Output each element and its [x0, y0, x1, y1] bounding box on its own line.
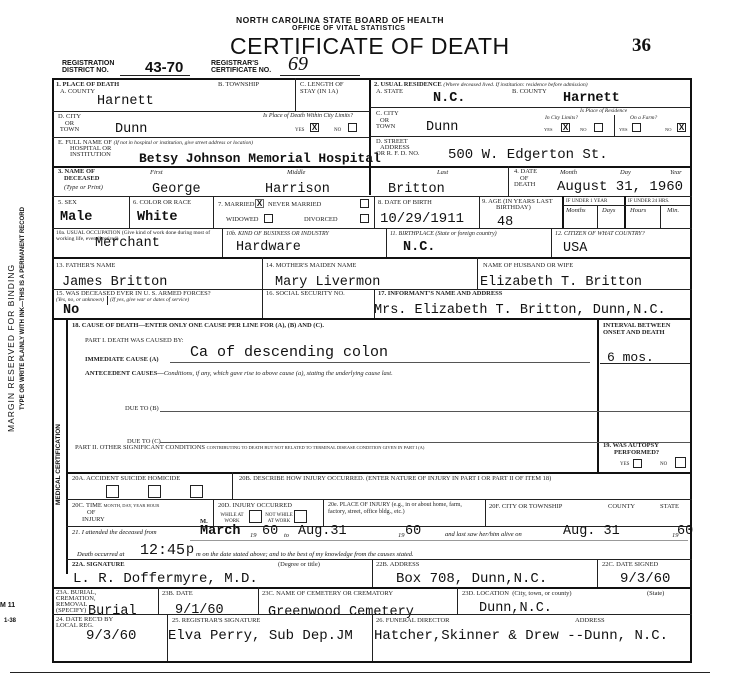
to-year-value: 60 [405, 524, 421, 539]
street-label: d. STREET ADDRESS or R. F. D. NO. [376, 139, 420, 157]
death-county-value: Harnett [97, 94, 154, 109]
section-divider [52, 318, 692, 320]
part1-label: PART I. DEATH WAS CAUSED BY: [85, 337, 184, 344]
divider [372, 559, 373, 587]
first-name-value: George [152, 182, 201, 197]
citizen-label: 12. CITIZEN OF WHAT COUNTRY? [555, 231, 645, 238]
interval-underline [600, 363, 690, 364]
death-city-value: Dunn [115, 122, 147, 137]
while-at-work-checkbox[interactable] [249, 510, 262, 523]
never-married-checkbox[interactable] [360, 199, 369, 208]
frame-bottom [52, 661, 692, 663]
on-farm-label: On a Farm? [630, 115, 657, 122]
section-divider [52, 166, 692, 168]
antecedent-note: Conditions, if any, which gave rise to a… [164, 370, 393, 377]
margin-binding-text: MARGIN RESERVED FOR BINDING [6, 264, 16, 432]
death-city-label: d. CITY OR TOWN [58, 114, 81, 134]
armed-forces-label: 15. WAS DECEASED EVER IN U. S. ARMED FOR… [56, 290, 211, 297]
page-number: 36 [632, 35, 651, 57]
birthplace-value: N.C. [403, 240, 435, 255]
medical-side-rule [66, 318, 68, 574]
death-occurred-label: Death occurred at [77, 551, 124, 558]
divider [551, 228, 552, 257]
min-label: Min. [667, 207, 679, 214]
under-24hr-label: IF UNDER 24 HRS. [628, 199, 669, 205]
age-label: 9. AGE (In years last birthday) [482, 199, 553, 211]
accident-checkbox[interactable] [106, 485, 119, 498]
farm-yes-label: YES [619, 126, 628, 133]
mother-label: 14. MOTHER'S MAIDEN NAME [266, 262, 356, 269]
form-revision: 1-38 [4, 618, 16, 624]
immediate-underline [170, 362, 590, 363]
days-label: Days [602, 207, 615, 214]
date-of-death-label: 4. DATE OF DEATH [514, 169, 537, 189]
within-limits-no-checkbox[interactable] [348, 123, 357, 132]
funeral-director-value: Hatcher,Skinner & Drew --Dunn, N.C. [374, 628, 668, 644]
res-state-label: a. STATE [376, 88, 403, 95]
res-county-label: b. COUNTY [512, 88, 547, 95]
section-divider [66, 472, 692, 474]
attended-from-value: March [200, 524, 241, 539]
reg-cert-underline [280, 75, 360, 76]
row-divider [66, 499, 692, 500]
divider [457, 587, 458, 614]
reg-district-label-2: DISTRICT NO. [62, 67, 114, 74]
signature-label: 22a. SIGNATURE [72, 561, 125, 568]
res-state-value: N.C. [433, 91, 465, 106]
row-divider [52, 111, 370, 112]
not-while-work-label: NOT WHILE AT WORK [264, 513, 294, 524]
accident-label: 20a. ACCIDENT SUICIDE HOMICIDE [72, 475, 180, 482]
homicide-checkbox[interactable] [190, 485, 203, 498]
autopsy-yes-label: YES [620, 462, 629, 468]
divider [624, 196, 626, 228]
divider [597, 559, 598, 587]
registration-district-no: 43-70 [145, 59, 183, 76]
antecedent-label: ANTECEDENT CAUSES—Conditions, if any, wh… [85, 370, 393, 377]
first-label: First [150, 169, 163, 176]
immediate-cause-value: Ca of descending colon [190, 344, 388, 361]
divider [213, 499, 214, 526]
residence-label: 2. USUAL RESIDENCE (Where deceased lived… [374, 81, 588, 89]
dob-value: 10/29/1911 [380, 211, 464, 227]
antecedent-label-text: ANTECEDENT CAUSES— [85, 370, 164, 377]
widowed-label: WIDOWED [226, 216, 259, 223]
divorced-label: DIVORCED [304, 216, 338, 223]
last-label: Last [437, 169, 448, 176]
time-label-1: 20c. TIME [72, 502, 102, 509]
hospital-value: Betsy Johnson Memorial Hospital [139, 151, 381, 166]
page-bottom-rule [10, 672, 710, 673]
divorced-checkbox[interactable] [360, 214, 369, 223]
form-number: M 11 [0, 602, 15, 609]
row-divider [52, 196, 692, 197]
sex-label: 5. SEX [58, 199, 77, 206]
in-limits-yes-checkbox[interactable]: X [561, 123, 570, 132]
funeral-director-label: 26. FUNERAL DIRECTOR [376, 617, 450, 624]
burial-date-value: 9/1/60 [175, 603, 224, 618]
farm-no-checkbox[interactable]: X [677, 123, 686, 132]
to-label: to [284, 532, 289, 539]
injury-state-label: STATE [660, 503, 679, 510]
cemetery-label: 23c. NAME OF CEMETERY OR CREMATORY [262, 590, 393, 597]
spouse-value: Elizabeth T. Britton [480, 275, 642, 290]
reg-district-label-1: REGISTRATION [62, 60, 114, 67]
within-limits-label: Is Place of Death Within City Limits? [263, 113, 368, 120]
within-yes-label: YES [295, 127, 304, 134]
residence-label-text: 2. USUAL RESIDENCE [374, 81, 442, 88]
interval-label-2: ONSET AND DEATH [603, 329, 670, 336]
street-value: 500 W. Edgerton St. [448, 147, 608, 163]
res-county-value: Harnett [563, 91, 620, 106]
from-year-prefix: 19 [250, 532, 257, 539]
name-label-2: DECEASED [58, 176, 103, 183]
autopsy-yes-checkbox[interactable] [633, 459, 642, 468]
divider [213, 196, 214, 228]
divider [222, 228, 223, 257]
father-value: James Britton [62, 275, 167, 290]
divider [232, 472, 233, 499]
widowed-checkbox[interactable] [264, 214, 273, 223]
sex-value: Male [60, 210, 92, 225]
reg-district-underline [120, 75, 190, 76]
physician-address-label: 22b. ADDRESS [376, 561, 419, 568]
time-label-2: OF [72, 509, 159, 516]
from-year-value: 60 [262, 524, 278, 539]
interval-divider [597, 318, 599, 473]
divider [386, 228, 387, 257]
time-cols-label: MONTH, DAY, YEAR HOUR [103, 503, 159, 508]
reg-cert-label-2: CERTIFICATE NO. [211, 67, 271, 74]
not-while-at-work-checkbox[interactable] [294, 510, 307, 523]
row-divider [66, 559, 692, 560]
res-city-label-3: TOWN [376, 124, 399, 131]
month-label: Month [560, 169, 577, 176]
under-1yr-label: IF UNDER 1 YEAR [566, 199, 607, 205]
divider [563, 205, 690, 206]
last-saw-label: and last saw her/him alive on [445, 531, 522, 538]
armed-forces-value: No [63, 303, 79, 318]
cause-label: 18. CAUSE OF DEATH—ENTER ONLY ONE CAUSE … [72, 322, 324, 329]
attended-label: 21. I attended the deceased from [72, 529, 157, 536]
within-limits-yes-checkbox[interactable]: X [310, 123, 319, 132]
date-signed-label: 22c. DATE SIGNED [602, 561, 658, 568]
while-work-label: WHILE AT WORK [218, 513, 246, 524]
part2-label: PART II. OTHER SIGNIFICANT CONDITIONS CO… [75, 444, 424, 451]
part2-note: CONTRIBUTING TO DEATH BUT NOT RELATED TO… [207, 445, 425, 450]
middle-label: Middle [287, 169, 305, 176]
race-value: White [137, 210, 178, 225]
injury-occurred-label: 20d. INJURY OCCURRED [218, 502, 292, 509]
last-name-value: Britton [388, 182, 445, 197]
divider [477, 257, 478, 289]
place-of-death-label: 1. PLACE OF DEATH [56, 81, 119, 88]
divider-date-of-death [508, 166, 509, 196]
divider [323, 499, 324, 526]
divider-township-stay [295, 78, 296, 112]
place-of-injury-label: 20e. PLACE OF INJURY (e.g., in or about … [328, 502, 478, 515]
year-label: Year [670, 169, 682, 176]
name-label-3: (Type or Print) [58, 185, 103, 192]
describe-injury-text: 20b. DESCRIBE HOW INJURY OCCURRED. (Ente… [239, 475, 551, 482]
divider [372, 614, 373, 661]
divider [129, 196, 130, 228]
burial-state-label: (State) [647, 590, 664, 597]
immediate-cause-label: IMMEDIATE CAUSE (a) [85, 356, 159, 363]
attendance-underline [190, 540, 688, 541]
divider [479, 196, 480, 228]
agency-heading: NORTH CAROLINA STATE BOARD OF HEALTH [236, 15, 444, 25]
in-limits-yes-label: YES [544, 126, 553, 133]
street-label-3: or R. F. D. NO. [376, 151, 420, 157]
divider [158, 587, 159, 614]
in-limits-no-checkbox[interactable] [594, 123, 603, 132]
father-label: 13. FATHER'S NAME [56, 262, 115, 269]
divider [262, 257, 263, 289]
res-city-label: c. CITY OR TOWN [376, 111, 399, 131]
margin-instruction-text: TYPE OR WRITE PLAINLY WITH INK—THIS IS A… [20, 207, 26, 410]
location-label-text: 23d. LOCATION [462, 590, 509, 597]
occupation-value: Merchant [95, 236, 160, 251]
divider [374, 196, 375, 228]
registrar-cert-label: REGISTRAR'S CERTIFICATE NO. [211, 60, 271, 74]
last-saw-year-value: 60 [677, 524, 693, 539]
divider-farm [614, 115, 615, 136]
in-limits-no-label: NO [580, 126, 587, 133]
res-city-value: Dunn [426, 120, 458, 135]
row-divider [370, 107, 690, 108]
received-value: 9/3/60 [86, 628, 136, 644]
divider [562, 196, 564, 228]
industry-label: 10b. KIND OF BUSINESS OR INDUSTRY [226, 231, 329, 238]
reg-cert-label-1: REGISTRAR'S [211, 60, 271, 67]
race-label: 6. COLOR OR RACE [133, 199, 191, 206]
row-divider [52, 137, 370, 138]
divider [660, 205, 661, 228]
death-time-value: 12:45 [140, 542, 185, 559]
divider [262, 289, 263, 318]
section-divider [52, 587, 692, 589]
autopsy-no-checkbox[interactable] [675, 457, 686, 468]
medical-certification-label: MEDICAL CERTIFICATION [55, 424, 62, 505]
due-to-b-underline [160, 411, 690, 412]
industry-value: Hardware [236, 240, 301, 255]
office-heading: OFFICE OF VITAL STATISTICS [292, 25, 406, 32]
farm-yes-checkbox[interactable] [632, 123, 641, 132]
married-checkbox[interactable]: X [255, 199, 264, 208]
page-title: CERTIFICATE OF DEATH [230, 33, 510, 60]
citizen-value: USA [563, 241, 587, 256]
interval-label-1: INTERVAL BETWEEN [603, 322, 670, 329]
day-label: Day [620, 169, 631, 176]
months-label: Months [566, 207, 586, 214]
in-limits-label: In City Limits? [545, 115, 578, 122]
registrar-cert-no: 69 [288, 53, 308, 76]
never-married-label: NEVER MARRIED [268, 201, 321, 208]
suicide-checkbox[interactable] [148, 485, 161, 498]
autopsy-label-2: PERFORMED? [603, 450, 659, 457]
informant-label: 17. INFORMANT'S NAME AND ADDRESS [378, 290, 502, 297]
deceased-name-label: 3. NAME OF DECEASED (Type or Print) [58, 169, 103, 192]
hours-label: Hours [630, 207, 646, 214]
county-label: a. COUNTY [60, 88, 95, 95]
registrar-signature-value: Elva Perry, Sub Dep.JM [168, 628, 353, 644]
city-label-3: TOWN [58, 127, 81, 134]
time-label-3: INJURY [72, 516, 159, 523]
stay-label: c. LENGTH OF STAY (in 1a) [300, 81, 360, 95]
death-ampm-value: p [186, 543, 194, 558]
burial-date-label: 23b. DATE [162, 590, 193, 597]
last-saw-value: Aug. 31 [563, 524, 620, 539]
middle-name-value: Harrison [265, 182, 330, 197]
registrar-signature-label: 25. REGISTRAR'S SIGNATURE [172, 617, 260, 624]
within-no-label: NO [334, 127, 341, 134]
frame-top [52, 78, 692, 80]
physician-signature-value: L. R. Doffermyre, M.D. [73, 571, 258, 587]
married-label: 7. MARRIED [218, 201, 254, 208]
place-of-residence-label: Is Place of Residence [580, 108, 627, 115]
time-of-injury-label: 20c. TIME MONTH, DAY, YEAR HOUR OF INJUR… [72, 502, 159, 523]
mother-value: Mary Livermon [275, 275, 380, 290]
autopsy-no-label: NO [660, 462, 667, 468]
farm-no-label: NO [665, 126, 672, 133]
ssn-label: 16. SOCIAL SECURITY NO. [266, 290, 345, 297]
death-occurred-tail: m on the date stated above; and to the b… [196, 551, 414, 558]
injury-city-label: 20f. CITY OR TOWNSHIP [489, 503, 562, 510]
spouse-label: NAME OF HUSBAND OR WIFE [483, 262, 573, 269]
armed-forces-note-2: (If yes, give war or dates of service) [110, 297, 189, 304]
attendance-line: 21. I attended the deceased from [72, 529, 157, 536]
attended-to-value: Aug.31 [298, 524, 347, 539]
physician-address-value: Box 708, Dunn,N.C. [396, 571, 547, 587]
divider [597, 205, 598, 228]
registration-district-label: REGISTRATION DISTRICT NO. [62, 60, 114, 74]
divider [107, 296, 108, 305]
part2-label-text: PART II. OTHER SIGNIFICANT CONDITIONS [75, 444, 205, 451]
to-year-prefix: 19 [398, 532, 405, 539]
autopsy-label: 19. WAS AUTOPSY PERFORMED? [603, 443, 659, 456]
burial-location-label: 23d. LOCATION (City, town, or county) [462, 590, 572, 597]
birthplace-label: 11. BIRTHPLACE (State or foreign country… [390, 231, 497, 238]
interval-label: INTERVAL BETWEEN ONSET AND DEATH [603, 322, 670, 336]
informant-value: Mrs. Elizabeth T. Britton, Dunn,N.C. [374, 303, 666, 318]
row-divider [370, 136, 690, 137]
dod-label-3: DEATH [514, 182, 537, 189]
injury-county-label: COUNTY [608, 503, 635, 510]
divider [485, 499, 486, 526]
divider [258, 587, 259, 614]
date-signed-value: 9/3/60 [620, 571, 670, 587]
due-to-b-label: DUE TO (b) [125, 405, 159, 412]
date-of-death-value: August 31, 1960 [557, 179, 683, 195]
location-note: (City, town, or county) [512, 590, 571, 597]
describe-injury-label: 20b. DESCRIBE HOW INJURY OCCURRED. (Ente… [239, 475, 551, 482]
row-divider [52, 228, 692, 229]
township-label: b. TOWNSHIP [218, 81, 259, 88]
dob-label: 8. DATE OF BIRTH [378, 199, 432, 206]
age-label-2: birthday) [482, 205, 553, 211]
section-divider [52, 257, 692, 259]
funeral-address-label: ADDRESS [575, 617, 605, 624]
hospital-label-note: (If not in hospital or institution, give… [114, 140, 253, 146]
degree-label: (Degree or title) [278, 561, 320, 568]
